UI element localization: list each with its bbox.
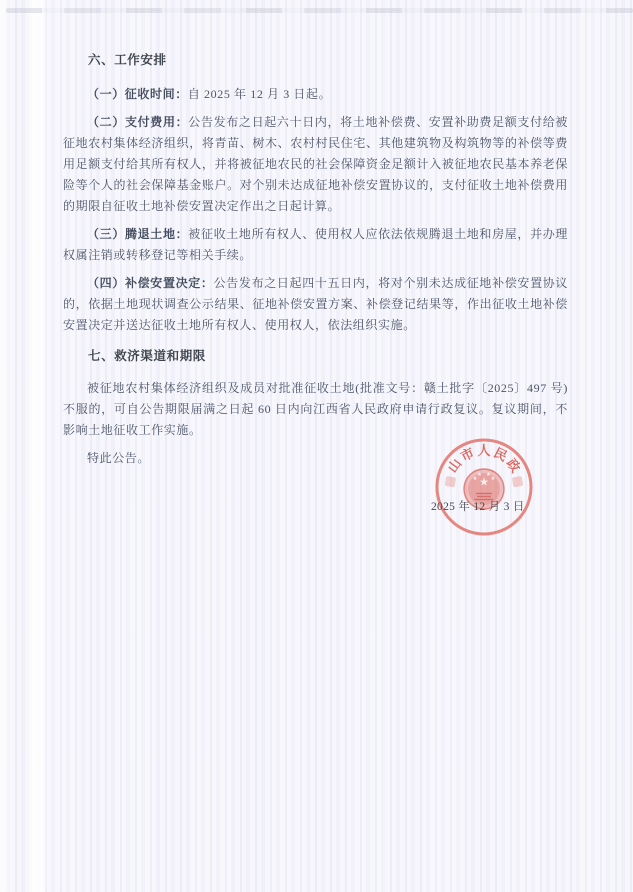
paragraph-vacate-land: （三）腾退土地：被征收土地所有权人、使用权人应依法依规腾退土地和房屋，并办理权属…: [63, 224, 568, 266]
official-seal: 山 市 人 民 政 ★ ★ ★ ★ ★: [429, 432, 539, 542]
scanned-document-page: 六、工作安排 （一）征收时间：自 2025 年 12 月 3 日起。 （二）支付…: [0, 0, 633, 892]
paragraph-payment: （二）支付费用：公告发布之日起六十日内，将土地补偿费、安置补助费足额支付给被征地…: [63, 112, 568, 217]
section-heading-remedy-channel: 七、救济渠道和期限: [63, 346, 568, 367]
paragraph-label: （一）征收时间：: [87, 87, 188, 101]
paragraph-collection-time: （一）征收时间：自 2025 年 12 月 3 日起。: [63, 84, 568, 105]
paragraph-label: （四）补偿安置决定：: [87, 276, 214, 290]
date-stamp: 2025 年 12 月 3 日: [431, 498, 571, 514]
paragraph-label: （二）支付费用：: [87, 115, 188, 129]
paragraph-text: 公告发布之日起六十日内，将土地补偿费、安置补助费足额支付给被征地农村集体经济组织…: [63, 115, 568, 213]
paragraph-label: （三）腾退土地：: [87, 227, 188, 241]
paragraph-text: 被征地农村集体经济组织及成员对批准征收土地(批准文号：赣土批字〔2025〕497…: [63, 381, 568, 437]
paragraph-compensation-decision: （四）补偿安置决定：公告发布之日起四十五日内，将对个别未达成征地补偿安置协议的，…: [63, 273, 568, 336]
section-heading-work-arrangement: 六、工作安排: [63, 50, 568, 71]
paragraph-text: 自 2025 年 12 月 3 日起。: [188, 87, 331, 101]
emblem-big-star-icon: ★: [479, 477, 489, 489]
svg-text:★: ★: [477, 471, 482, 478]
document-body: 六、工作安排 （一）征收时间：自 2025 年 12 月 3 日起。 （二）支付…: [63, 50, 568, 476]
svg-text:★: ★: [491, 475, 496, 482]
seal-arc-char: 人: [477, 443, 490, 458]
scan-artifact-band: [6, 8, 633, 13]
